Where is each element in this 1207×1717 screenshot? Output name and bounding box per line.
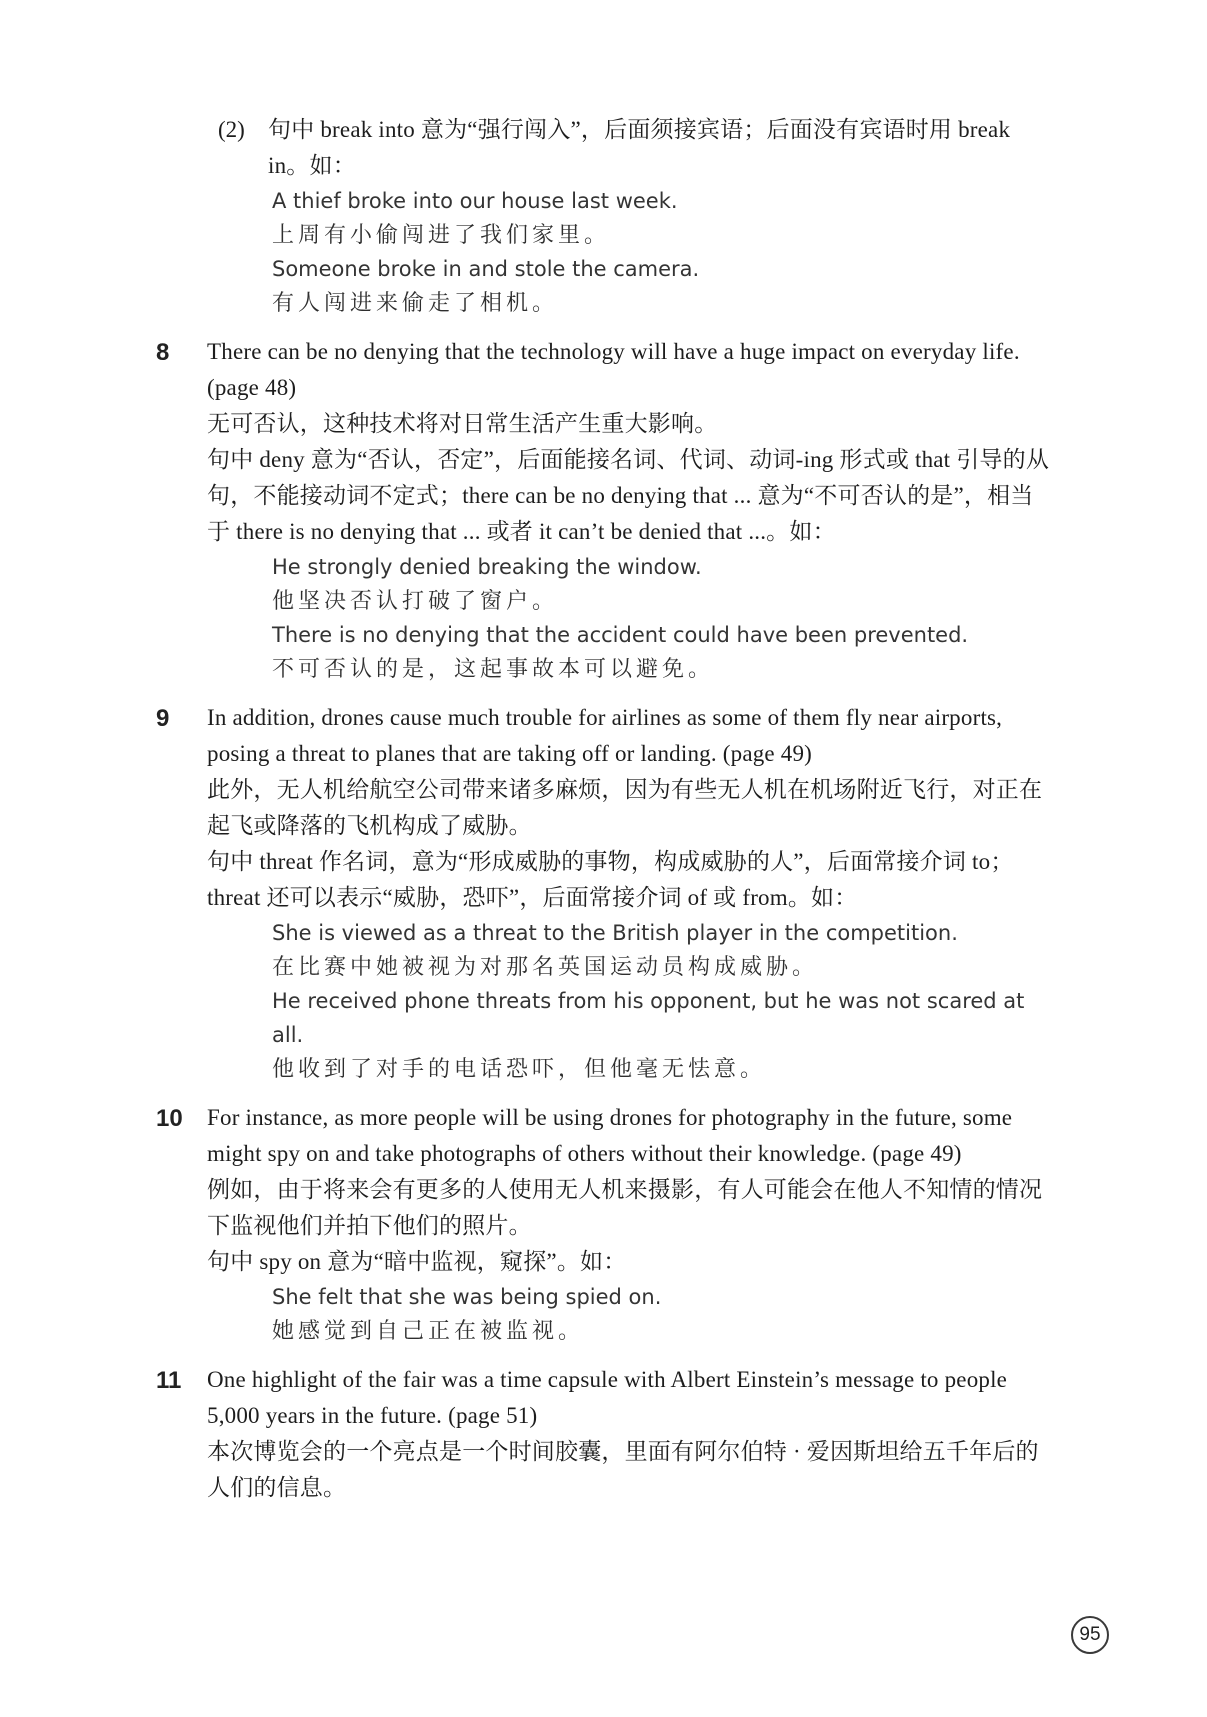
example-english: She felt that she was being spied on. bbox=[272, 1280, 1052, 1314]
example-english: He strongly denied breaking the window. bbox=[272, 550, 1052, 584]
item-10: 10 For instance, as more people will be … bbox=[156, 1100, 1052, 1348]
source-sentence: For instance, as more people will be usi… bbox=[207, 1100, 1052, 1172]
example-english: There is no denying that the accident co… bbox=[272, 618, 1052, 652]
item-8: 8 There can be no denying that the techn… bbox=[156, 334, 1052, 686]
document-page: (2) 句中 break into 意为“强行闯入”，后面须接宾语；后面没有宾语… bbox=[0, 0, 1207, 1717]
example-chinese: 他坚决否认打破了窗户。 bbox=[272, 584, 1052, 618]
item-number: 11 bbox=[156, 1365, 181, 1397]
example-chinese: 上周有小偷闯进了我们家里。 bbox=[272, 218, 1052, 252]
source-sentence: In addition, drones cause much trouble f… bbox=[207, 700, 1052, 772]
grammar-note: 句中 break into 意为“强行闯入”，后面须接宾语；后面没有宾语时用 b… bbox=[268, 112, 1052, 184]
content-area: (2) 句中 break into 意为“强行闯入”，后面须接宾语；后面没有宾语… bbox=[0, 0, 1052, 1506]
example-english: Someone broke in and stole the camera. bbox=[272, 252, 1052, 286]
item-number: 10 bbox=[156, 1103, 183, 1135]
item-body: There can be no denying that the technol… bbox=[207, 334, 1052, 686]
item-number: 9 bbox=[156, 703, 169, 735]
sentence-translation: 本次博览会的一个亮点是一个时间胶囊，里面有阿尔伯特 · 爱因斯坦给五千年后的人们… bbox=[207, 1434, 1052, 1506]
item-body: One highlight of the fair was a time cap… bbox=[207, 1362, 1052, 1506]
example-chinese: 在比赛中她被视为对那名英国运动员构成威胁。 bbox=[272, 950, 1052, 984]
example-list: He strongly denied breaking the window. … bbox=[272, 550, 1052, 686]
item-number: 8 bbox=[156, 337, 169, 369]
example-chinese: 他收到了对手的电话恐吓，但他毫无怯意。 bbox=[272, 1052, 1052, 1086]
sentence-translation: 例如，由于将来会有更多的人使用无人机来摄影，有人可能会在他人不知情的情况下监视他… bbox=[207, 1172, 1052, 1244]
item-11: 11 One highlight of the fair was a time … bbox=[156, 1362, 1052, 1506]
sentence-translation: 无可否认，这种技术将对日常生活产生重大影响。 bbox=[207, 406, 1052, 442]
grammar-note: 句中 deny 意为“否认，否定”，后面能接名词、代词、动词-ing 形式或 t… bbox=[207, 442, 1052, 550]
example-english: A thief broke into our house last week. bbox=[272, 184, 1052, 218]
example-list: A thief broke into our house last week. … bbox=[272, 184, 1052, 320]
sub-item-2: (2) 句中 break into 意为“强行闯入”，后面须接宾语；后面没有宾语… bbox=[156, 112, 1052, 320]
example-list: She felt that she was being spied on. 她感… bbox=[272, 1280, 1052, 1348]
page-number: 95 bbox=[1079, 1624, 1100, 1646]
grammar-note: 句中 threat 作名词，意为“形成威胁的事物，构成威胁的人”，后面常接介词 … bbox=[207, 844, 1052, 916]
grammar-note: 句中 spy on 意为“暗中监视，窥探”。如： bbox=[207, 1244, 1052, 1280]
source-sentence: There can be no denying that the technol… bbox=[207, 334, 1052, 406]
source-sentence: One highlight of the fair was a time cap… bbox=[207, 1362, 1052, 1434]
example-chinese: 不可否认的是，这起事故本可以避免。 bbox=[272, 652, 1052, 686]
item-9: 9 In addition, drones cause much trouble… bbox=[156, 700, 1052, 1086]
sub-item-marker: (2) bbox=[218, 112, 245, 148]
example-english: He received phone threats from his oppon… bbox=[272, 984, 1052, 1052]
sentence-translation: 此外，无人机给航空公司带来诸多麻烦，因为有些无人机在机场附近飞行，对正在起飞或降… bbox=[207, 772, 1052, 844]
item-body: For instance, as more people will be usi… bbox=[207, 1100, 1052, 1348]
example-chinese: 她感觉到自己正在被监视。 bbox=[272, 1314, 1052, 1348]
example-list: She is viewed as a threat to the British… bbox=[272, 916, 1052, 1086]
page-number-badge: 95 bbox=[1071, 1616, 1109, 1654]
example-english: She is viewed as a threat to the British… bbox=[272, 916, 1052, 950]
item-body: In addition, drones cause much trouble f… bbox=[207, 700, 1052, 1086]
example-chinese: 有人闯进来偷走了相机。 bbox=[272, 286, 1052, 320]
